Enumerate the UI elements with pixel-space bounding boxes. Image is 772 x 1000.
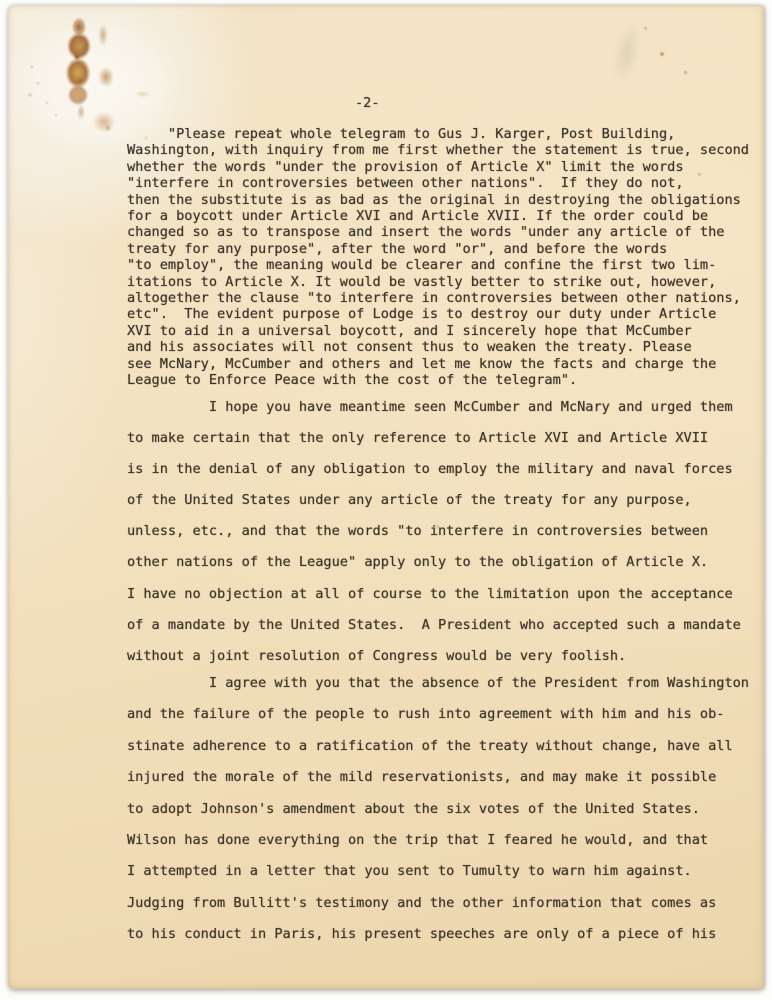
- document-page: -2- "Please repeat whole telegram to Gus…: [8, 5, 764, 989]
- paragraph-hope-mccumber: I hope you have meantime seen McCumber a…: [127, 392, 741, 672]
- document-photo: -2- "Please repeat whole telegram to Gus…: [0, 0, 772, 1000]
- foxing-spot: [684, 71, 687, 74]
- foxing-spot: [660, 52, 664, 56]
- paragraph-telegram-quote: "Please repeat whole telegram to Gus J. …: [127, 126, 749, 389]
- gray-smudge: [551, 0, 694, 128]
- page-number: -2-: [355, 95, 380, 111]
- mold-speckles: [22, 55, 92, 125]
- foxing-spot: [644, 27, 647, 30]
- paragraph-agree-president: I agree with you that the absence of the…: [127, 668, 749, 951]
